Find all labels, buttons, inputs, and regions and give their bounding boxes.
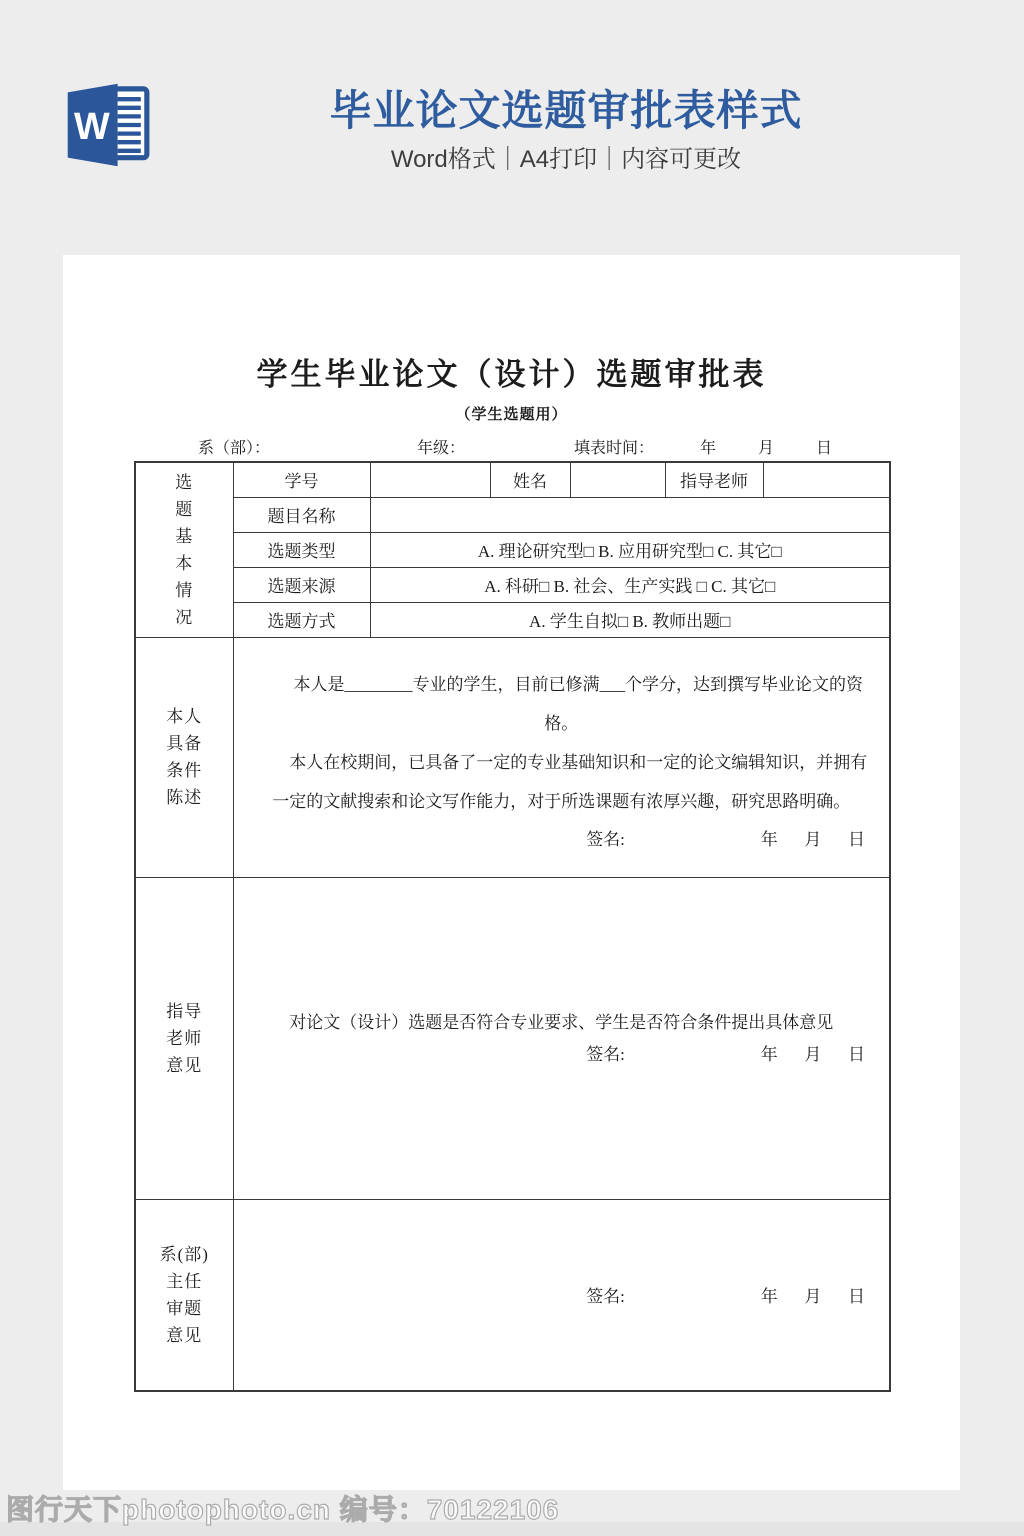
dept-label: 系（部）： xyxy=(198,435,270,458)
topic-name-value-cell xyxy=(370,497,890,532)
info-line: 系（部）： 年级： 填表时间： 年 月 日 xyxy=(134,435,889,457)
advisor-opinion-cell: 对论文（设计）选题是否符合专业要求、学生是否符合条件提出具体意见 签名: 年 月… xyxy=(233,877,890,1199)
row-advisor-opinion: 指导 老师 意见 对论文（设计）选题是否符合专业要求、学生是否符合条件提出具体意… xyxy=(135,877,890,1199)
topic-method-label: 选题方式 xyxy=(233,602,370,637)
header-text: 毕业论文选题审批表样式 Word格式｜A4打印｜内容可更改 xyxy=(166,86,966,175)
day-label: 日 xyxy=(848,1282,865,1307)
name-value-cell xyxy=(570,462,665,497)
topic-type-options: A. 理论研究型□ B. 应用研究型□ C. 其它□ xyxy=(370,532,890,567)
row-topic-type: 选题类型 A. 理论研究型□ B. 应用研究型□ C. 其它□ xyxy=(135,532,890,567)
document-page: 学生毕业论文（设计）选题审批表 （学生选题用） 系（部）： 年级： 填表时间： … xyxy=(63,255,960,1490)
doc-title: 学生毕业论文（设计）选题审批表 xyxy=(63,355,960,395)
vertical-label-self-statement: 本人 具备 条件 陈述 xyxy=(135,637,233,877)
advisor-value-cell xyxy=(763,462,890,497)
day-label: 日 xyxy=(848,1040,865,1065)
watermark-text: 图行天下photophoto.cn 编号：70122106 xyxy=(6,1488,559,1528)
month-label: 月 xyxy=(758,435,774,458)
month-label: 月 xyxy=(804,825,821,850)
row-topic-name: 题目名称 xyxy=(135,497,890,532)
sign-label: 签名: xyxy=(586,825,625,850)
vertical-label-topic-basic-info: 选 题 基 本 情 况 xyxy=(135,462,233,637)
row-self-statement: 本人 具备 条件 陈述 本人是________专业的学生，目前已修满___个学分… xyxy=(135,637,890,877)
month-label: 月 xyxy=(804,1040,821,1065)
vertical-label-dept-head-opinion: 系(部) 主任 审题 意见 xyxy=(135,1199,233,1391)
word-icon-lines xyxy=(118,99,141,151)
topic-source-options: A. 科研□ B. 社会、生产实践 □ C. 其它□ xyxy=(370,567,890,602)
row-dept-head-opinion: 系(部) 主任 审题 意见 签名: 年 月 日 xyxy=(135,1199,890,1391)
self-statement-para2: 本人在校期间，已具备了一定的专业基础知识和一定的论文编辑知识，并拥有一定的文献搜… xyxy=(250,743,874,821)
advisor-label: 指导老师 xyxy=(665,462,763,497)
name-label: 姓名 xyxy=(490,462,570,497)
day-label: 日 xyxy=(816,435,832,458)
doc-subtitle: （学生选题用） xyxy=(63,405,960,425)
grade-label: 年级： xyxy=(417,435,465,458)
word-icon: W xyxy=(64,82,154,168)
signature-line-self: 签名: 年 月 日 xyxy=(250,825,874,853)
sign-label: 签名: xyxy=(586,1282,625,1307)
topic-name-label: 题目名称 xyxy=(233,497,370,532)
word-icon-letter: W xyxy=(74,106,110,148)
topic-method-options: A. 学生自拟□ B. 教师出题□ xyxy=(370,602,890,637)
month-label: 月 xyxy=(804,1282,821,1307)
advisor-opinion-hint: 对论文（设计）选题是否符合专业要求、学生是否符合条件提出具体意见 xyxy=(250,1010,874,1036)
self-statement-cell: 本人是________专业的学生，目前已修满___个学分，达到撰写毕业论文的资格… xyxy=(233,637,890,877)
approval-table: 选 题 基 本 情 况 学号 姓名 指导老师 题目名称 选题类型 xyxy=(134,461,891,1392)
day-label: 日 xyxy=(848,825,865,850)
self-statement-para1: 本人是________专业的学生，目前已修满___个学分，达到撰写毕业论文的资格… xyxy=(250,665,874,743)
year-label: 年 xyxy=(700,435,716,458)
dept-head-opinion-cell: 签名: 年 月 日 xyxy=(233,1199,890,1391)
signature-line-advisor: 签名: 年 月 日 xyxy=(250,1040,874,1068)
page-title: 毕业论文选题审批表样式 xyxy=(166,86,966,136)
vertical-label-advisor-opinion: 指导 老师 意见 xyxy=(135,877,233,1199)
student-id-label: 学号 xyxy=(233,462,370,497)
header: W 毕业论文选题审批表样式 Word格式｜A4打印｜内容可更改 xyxy=(0,0,1024,230)
sign-label: 签名: xyxy=(586,1040,625,1065)
fill-time-label: 填表时间： xyxy=(574,435,654,458)
year-label: 年 xyxy=(761,1282,778,1307)
year-label: 年 xyxy=(761,825,778,850)
page-subtitle: Word格式｜A4打印｜内容可更改 xyxy=(166,145,966,175)
row-student-id: 选 题 基 本 情 况 学号 姓名 指导老师 xyxy=(135,462,890,497)
template-preview-page: { "header": { "title": "毕业论文选题审批表样式", "s… xyxy=(0,0,1024,1536)
signature-line-dept: 签名: 年 月 日 xyxy=(250,1282,874,1310)
row-topic-method: 选题方式 A. 学生自拟□ B. 教师出题□ xyxy=(135,602,890,637)
row-topic-source: 选题来源 A. 科研□ B. 社会、生产实践 □ C. 其它□ xyxy=(135,567,890,602)
topic-source-label: 选题来源 xyxy=(233,567,370,602)
student-id-value-cell xyxy=(370,462,490,497)
year-label: 年 xyxy=(761,1040,778,1065)
topic-type-label: 选题类型 xyxy=(233,532,370,567)
